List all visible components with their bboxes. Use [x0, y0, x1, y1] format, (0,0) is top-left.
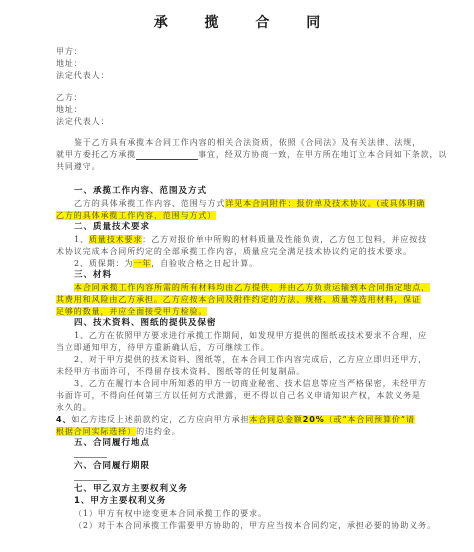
section-1-line-1: 乙方的具体承揽工作内容、范围与方式详见本合同附件：报价单及技术协议。(或具体明确 — [74, 198, 419, 209]
section-2-item-2: 2、质保期：为一年，自验收合格之日起计算。 — [74, 258, 419, 269]
section-4-item-3-line-1: 3、乙方在履行本合同中所知悉的甲方一切商业秘密、技术信息等应当严格保密，未经甲方 — [74, 378, 419, 389]
preamble-line-2: 就甲方委托乙方承揽事宜，经双方协商一致，在甲方所在地订立本合同如下条款，以 — [56, 149, 401, 160]
section-6-heading: 六、合同履行期限 — [74, 461, 150, 472]
preamble-line-2-post: 事宜，经双方协商一致，在甲方所在地订立本合同如下条款，以 — [198, 150, 447, 159]
party-b-rep: 法定代表人： — [56, 116, 401, 127]
preamble-line-1: 鉴于乙方具有承揽本合同工作内容的相关合法资质，依照《合同法》及有关法律、法规， — [74, 137, 419, 148]
section-7-item-1: （1）甲方有权中途变更本合同承揽工作的要求。 — [74, 508, 419, 519]
section-4-item-2-line-1: 2、对于甲方提供的技术资料、图纸等，在本合同工作内容完成后，乙方应立即归还甲方， — [74, 354, 419, 365]
materials-highlight-3: 足够的数量，并应全面接受甲方检验。 — [56, 307, 207, 316]
section-3-line-1: 本合同承揽工作内容所需的所有材料均由乙方提供，并由乙方负责运输到本合同指定地点， — [74, 282, 419, 293]
section-4-item-3-line-2: 书面许可，不得向任何第三方以任何方式泄露，更不得以自己名义申请知识产权，本款义务… — [56, 390, 401, 401]
section-4-heading: 四、技术资料、图纸的提供及保密 — [74, 318, 217, 329]
document-page: 承 揽 合 同 甲方： 地址： 法定代表人： 乙方： 地址： 法定代表人： 鉴于… — [0, 0, 474, 552]
section-1-line-2: 乙方的具体承揽工作内容、范围与方式） — [56, 210, 401, 221]
section-1-highlight: 详见本合同附件：报价单及技术协议。(或具体明确 — [225, 199, 425, 208]
section-1-heading: 一、承揽工作内容、范围及方式 — [74, 186, 207, 197]
penalty-highlight-1: 本合同总金额 — [249, 415, 302, 424]
penalty-highlight-3: 根据合同实际选择） — [56, 427, 136, 436]
warranty-period-highlight: 一年 — [133, 259, 151, 268]
party-a-rep: 法定代表人： — [56, 70, 401, 81]
section-4-item-2-line-2: 未经甲方书面许可，不得留存技术资料、图纸等的任何复制品。 — [56, 366, 401, 377]
section-3-line-2: 其费用和风险由乙方承担。乙方应按本合同及附件约定的方法、规格、质量等选用材料，保… — [56, 294, 401, 305]
section-4-item-1-line-1: 1、乙方在依照甲方要求进行承揽工作期间，如发现甲方提供的图纸或技术要求不合理，应 — [74, 330, 419, 341]
section-4-item-1-line-2: 当立即通知甲方，待甲方重新确认后，方可继续工作。 — [56, 342, 401, 353]
section-3-heading: 三、材料 — [74, 270, 112, 281]
section-7-sub-1-heading: 1、甲方主要权利义务 — [74, 496, 166, 507]
section-4-item-4-line-1: 4、如乙方违反上述前款约定，乙方应向甲方承担本合同总金额20%（或“本合同预算价… — [56, 414, 401, 425]
party-b-label: 乙方： — [56, 92, 401, 103]
preamble-line-3: 共同遵守。 — [56, 161, 401, 172]
item-number: 4、 — [56, 415, 71, 424]
materials-highlight-1: 本合同承揽工作内容所需的所有材料均由乙方提供，并由乙方负责运输到本合同指定地点， — [74, 283, 430, 292]
warranty-post: ，自验收合格之日起计算。 — [151, 259, 258, 268]
party-a-label: 甲方： — [56, 46, 401, 57]
preamble-line-2-pre: 就甲方委托乙方承揽 — [56, 150, 136, 159]
penalty-percentage: 20% — [303, 415, 325, 424]
penalty-post: 的违约金。 — [136, 427, 181, 436]
blank-field — [136, 151, 198, 160]
section-2-heading: 二、质量技术要求 — [74, 222, 150, 233]
section-1-highlight-2: 乙方的具体承揽工作内容、范围与方式） — [56, 211, 216, 220]
quality-requirement-highlight: 质量技术要求 — [89, 235, 142, 244]
party-a-address: 地址： — [56, 58, 401, 69]
item-number: 1、 — [74, 235, 89, 244]
section-3-line-3: 足够的数量，并应全面接受甲方检验。 — [56, 306, 401, 317]
item-text: ：乙方对报价单中所购的材料质量及性能负责，乙方包工包料，并应按技 — [142, 235, 427, 244]
warranty-pre: 2、质保期：为 — [74, 259, 133, 268]
penalty-text: 如乙方违反上述前款约定，乙方应向甲方承担 — [71, 415, 249, 424]
document-title: 承 揽 合 同 — [0, 12, 474, 32]
section-1-plain: 乙方的具体承揽工作内容、范围与方式 — [74, 199, 225, 208]
penalty-highlight-2: （或“本合同预算价”请 — [325, 415, 415, 424]
section-4-item-4-line-2: 根据合同实际选择）的违约金。 — [56, 426, 401, 437]
section-2-item-1-line-2: 术协议完成本合同所约定的全部承揽工作内容，质量应完全满足技术协议约定的技术要求。 — [56, 246, 401, 257]
section-5-blank — [74, 457, 107, 458]
section-5-heading: 五、合同履行地点 — [74, 438, 150, 449]
section-4-item-3-line-3: 永久的。 — [56, 402, 401, 413]
materials-highlight-2: 其费用和风险由乙方承担。乙方应按本合同及附件约定的方法、规格、质量等选用材料，保… — [56, 295, 421, 304]
section-6-blank — [74, 480, 107, 481]
section-7-heading: 七、甲乙双方主要权利义务 — [74, 484, 188, 495]
section-2-item-1: 1、质量技术要求：乙方对报价单中所购的材料质量及性能负责，乙方包工包料，并应按技 — [74, 234, 419, 245]
section-7-item-2: （2）对于本合同承揽工作需要甲方协助的，甲方应当按本合同约定，承担必要的协助义务… — [74, 520, 419, 531]
party-b-address: 地址： — [56, 104, 401, 115]
